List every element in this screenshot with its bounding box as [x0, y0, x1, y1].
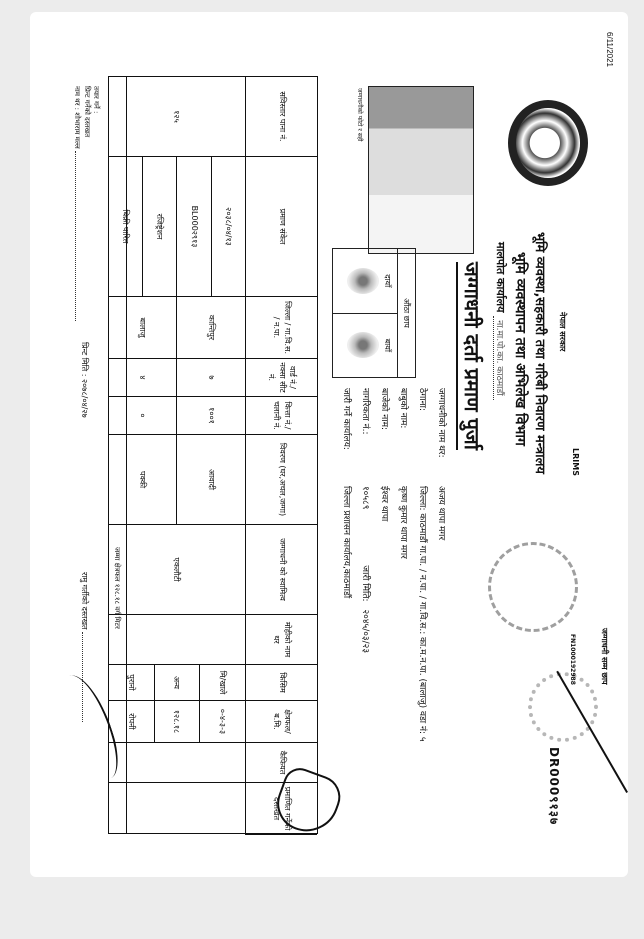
prepared-by-notes: तयार गर्ने : प्रिन्ट गर्नेको दस्तखत नाम … [72, 86, 100, 321]
owner-details: जग्गाधनीको नाम थर: अजय थापा मगर ठेगाना: … [338, 388, 452, 742]
field-value: १०५८९ [360, 486, 373, 509]
department-name: भूमि व्यवस्थापन तथा अभिलेख विभाग [511, 252, 530, 446]
field-value: अजय थापा मगर [436, 486, 449, 540]
cell-page-no: १२५ [109, 77, 245, 157]
field-label: बाबुको नाम: [398, 388, 411, 486]
thumbprint-right: दायाँ [333, 249, 397, 313]
cell-kitta: १००१ ० [109, 397, 245, 435]
cell-value: मि/खाले [199, 665, 245, 700]
field-father-name: बाबुको नाम: कृष्ण कुमार थापा मगर [395, 388, 414, 742]
dotted-line [75, 151, 76, 321]
issue-date-label: जारी मिति: [360, 565, 373, 601]
owner-photo [368, 86, 474, 254]
cell-tenant [109, 615, 245, 665]
field-label: नागरिकता नं.: [360, 388, 373, 486]
total-area: जम्मा क्षेत्रफल १२८.१८ वर्ग मिटर [109, 77, 127, 833]
field-value: ईश्वर थापा [379, 486, 392, 521]
col-header: मोहीको नाम थर [245, 615, 317, 665]
cell-description: आवादी पक्की [109, 435, 245, 525]
field-value: कृष्ण कुमार थापा मगर [398, 486, 411, 559]
field-owner-name: जग्गाधनीको नाम थर: अजय थापा मगर [433, 388, 452, 742]
land-ownership-certificate: 6/11/2021 नेपाल सरकार LRIMS भूमि व्यवस्थ… [30, 12, 628, 877]
cell-value: १२५ [109, 77, 245, 156]
cell-value: ७ [177, 359, 246, 396]
cell-value: एकलौटी [109, 525, 245, 614]
cell-value: अन्य [154, 665, 200, 700]
print-date: 6/11/2021 [605, 32, 614, 67]
col-header: क्षेत्रफल/ ब.मि. [245, 701, 317, 743]
field-value: जिल्ला प्रशासन कार्यालय,काठमाडौं [341, 486, 354, 598]
cell-value: १००१ [177, 397, 246, 434]
col-header: जिल्ला / गा.वि.स. / न.पा. [245, 297, 317, 359]
field-label: जग्गाधनीको नाम थर: [436, 388, 449, 486]
col-header: सविस्तार पाना नं. [245, 77, 317, 157]
field-label: ठेगाना: [417, 388, 430, 486]
cell-value: कान्तिपुर [177, 297, 246, 358]
system-label: LRIMS [571, 448, 580, 476]
cell-value [109, 783, 245, 835]
cell-value: रजिष्ट्रेशन [142, 157, 176, 296]
fingerprint-icon [347, 268, 379, 294]
cell-value: १२८.१८ [154, 701, 200, 742]
fingerprint-icon [347, 332, 379, 358]
signer-label: रामु गर्तीको दस्तखत [80, 572, 89, 630]
thumbprint-left: बायाँ [333, 313, 397, 378]
cell-value [109, 743, 245, 782]
cell-area: ०-४-३-३ १२८.१८ रोपनी [109, 701, 245, 743]
issue-date-value: २०४५/०३/२३ [360, 610, 373, 654]
cell-proof-code: २०३८/०४/१३ BL000२९१३ रजिष्ट्रेशन बिक्री … [109, 157, 245, 297]
cell-value: ०-४-३-३ [199, 701, 245, 742]
cell-value: आवादी [177, 435, 246, 524]
document-viewer: 6/11/2021 नेपाल सरकार LRIMS भूमि व्यवस्थ… [30, 12, 628, 877]
serial-number: FN1000192988 [569, 634, 576, 685]
col-header: विवरण (घर,अचल,जग्गा) [245, 435, 317, 525]
cell-district: कान्तिपुर बालाजु [109, 297, 245, 359]
field-issuing-office: जारी गर्ने कार्यालय: जिल्ला प्रशासन कार्… [338, 388, 357, 742]
document-number: DR000९१३७ [546, 747, 563, 825]
office-label: मालपोत कार्यालय [494, 242, 507, 312]
col-header: किसिम [245, 665, 317, 701]
field-label: जारी गर्ने कार्यालय: [341, 388, 354, 486]
note-text: नाम थर : शोभाराम मल्ल [73, 86, 81, 149]
office-line: मालपोत कार्यालय ना.मा.पो.का. काठमाडौं [493, 242, 508, 400]
printed-date: प्रिन्ट मिति : २०७८/०४/२७ [79, 342, 90, 418]
note-line: नाम थर : शोभाराम मल्ल [72, 86, 81, 321]
land-details-table: सविस्तार पाना नं. प्रमाण संकेत जिल्ला / … [108, 76, 318, 834]
thumbprint-header: औंठा छाप [397, 249, 415, 377]
office-name: ना.मा.पो.का. काठमाडौं [493, 316, 504, 399]
col-header: प्रमाण संकेत [245, 157, 317, 297]
note-line: तयार गर्ने : [91, 86, 100, 321]
nepal-emblem-icon [508, 100, 588, 186]
col-header: कित्ता नं./ चलानी नं. [245, 397, 317, 435]
col-header: वार्ड नं./ नक्सा सीट नं. [245, 359, 317, 397]
cell-value [109, 615, 245, 664]
cell-value: २०३८/०४/१३ [211, 157, 245, 296]
cell-value: BL000२९१३ [177, 157, 211, 296]
col-header: जग्गाधनी को स्वामित्व [245, 525, 317, 615]
office-stamp-icon [488, 542, 578, 632]
cell-kind: मि/खाले अन्य पुरानो [109, 665, 245, 701]
cell-remarks [109, 743, 245, 783]
ministry-name: भूमि व्यवस्था,सहकारी तथा गरिबी निवारण मन… [532, 232, 550, 474]
officer-stamp-label: जग्गाधनी सम्म छाप [599, 628, 610, 685]
thumbprint-right-label: दायाँ [383, 274, 392, 287]
field-grandfather-name: बाजेको नाम: ईश्वर थापा [376, 388, 395, 742]
field-value: जिल्ला: काठमाडौं गा.पा. / न.पा. / गा.वि.… [417, 486, 430, 742]
thumbprint-box: औंठा छाप दायाँ बायाँ [332, 248, 416, 378]
cell-signature [109, 783, 245, 835]
note-line: प्रिन्ट गर्नेको दस्तखत [81, 86, 90, 321]
field-citizenship: नागरिकता नं.: १०५८९ जारी मिति: २०४५/०३/२… [357, 388, 376, 742]
government-label: नेपाल सरकार [557, 312, 568, 351]
document-title: जग्गाधनी दर्ता प्रमाण पुर्जा [456, 262, 486, 450]
cell-ownership: एकलौटी [109, 525, 245, 615]
field-label: बाजेको नाम: [379, 388, 392, 486]
field-address: ठेगाना: जिल्ला: काठमाडौं गा.पा. / न.पा. … [414, 388, 433, 742]
cell-ward: ७ ४ [109, 359, 245, 397]
photo-caption: जग्गाधनीको फोटो र सही [356, 88, 364, 142]
thumbprint-left-label: बायाँ [383, 339, 392, 352]
